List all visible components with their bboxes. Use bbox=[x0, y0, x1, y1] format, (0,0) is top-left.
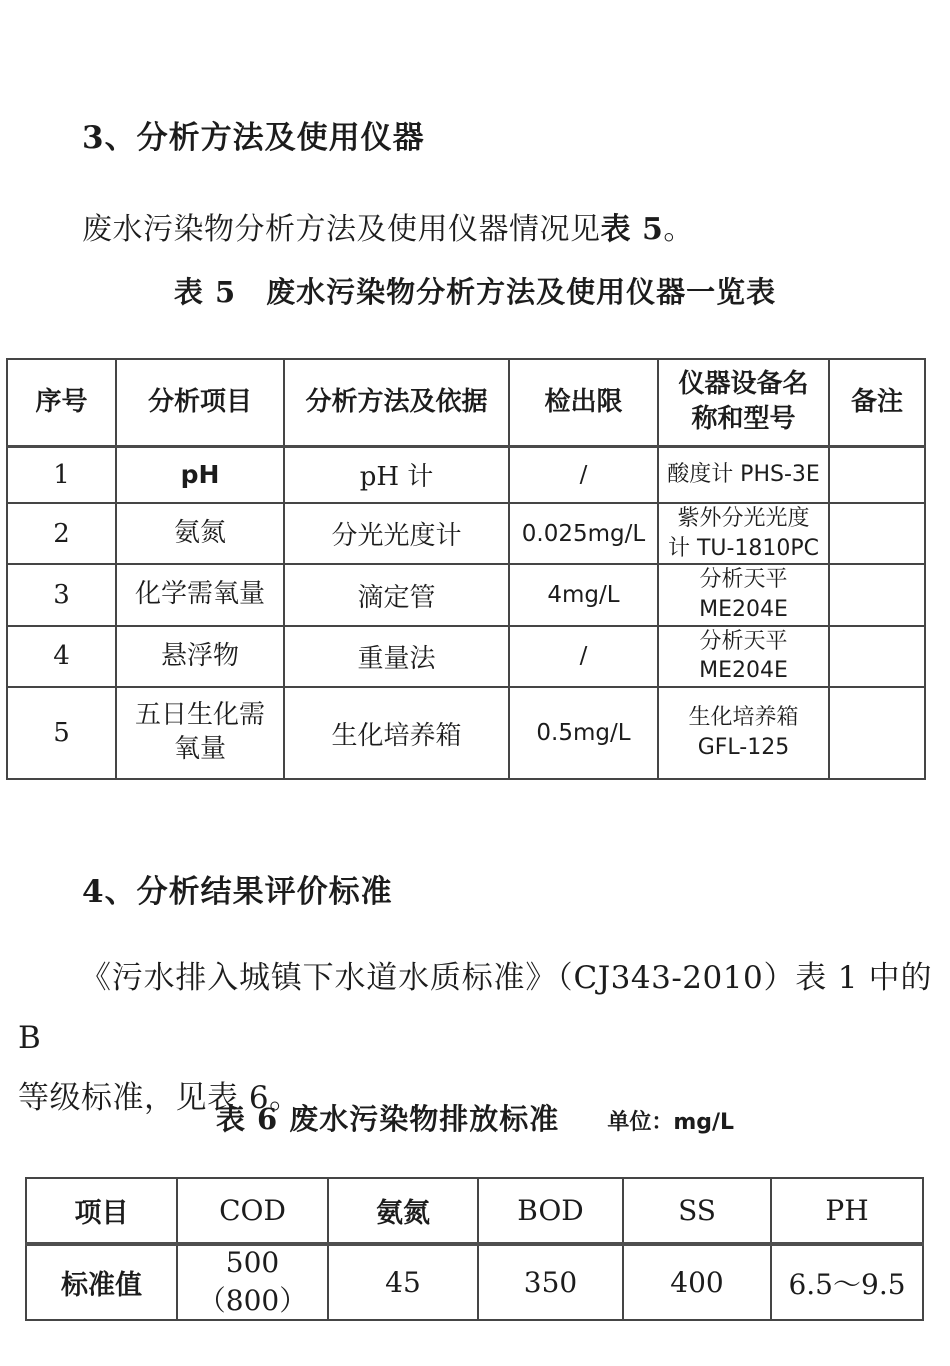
table5-cell-no: 5 bbox=[7, 687, 116, 779]
table5-cell-method: 分光光度计 bbox=[284, 503, 509, 564]
table5-cell-note bbox=[829, 687, 925, 779]
table5-cell-item: 五日生化需 氧量 bbox=[116, 687, 284, 779]
table5-header-instrument: 仪器设备名 称和型号 bbox=[658, 359, 829, 446]
table5-cell-item: 化学需氧量 bbox=[116, 564, 284, 625]
table5-cell-note bbox=[829, 446, 925, 503]
table6-value-ss: 400 bbox=[623, 1244, 771, 1320]
table5-row: 1 pH pH 计 / 酸度计 PHS-3E bbox=[7, 446, 925, 503]
table6-value-ph: 6.5～9.5 bbox=[771, 1244, 923, 1320]
table5-cell-no: 2 bbox=[7, 503, 116, 564]
table6-caption: 表 6 废水污染物排放标准单位：mg/L bbox=[0, 1097, 950, 1138]
table5-row: 5 五日生化需 氧量 生化培养箱 0.5mg/L 生化培养箱 GFL-125 bbox=[7, 687, 925, 779]
table5-header-limit: 检出限 bbox=[509, 359, 658, 446]
table6-row-label: 标准值 bbox=[26, 1244, 177, 1320]
table5-cell-no: 3 bbox=[7, 564, 116, 625]
table5-cell-instrument: 酸度计 PHS-3E bbox=[658, 446, 829, 503]
table5-cell-item: 氨氮 bbox=[116, 503, 284, 564]
table5-cell-no: 4 bbox=[7, 626, 116, 687]
table5-cell-instrument: 分析天平 ME204E bbox=[658, 564, 829, 625]
table5-cell-method: 重量法 bbox=[284, 626, 509, 687]
document-page: 3、分析方法及使用仪器 废水污染物分析方法及使用仪器情况见表 5。 表 5 废水… bbox=[0, 0, 950, 1366]
table6-value-row: 标准值 500（800） 45 350 400 6.5～9.5 bbox=[26, 1244, 923, 1320]
table6-header-item: 项目 bbox=[26, 1178, 177, 1244]
table5-cell-note bbox=[829, 503, 925, 564]
table5-cell-item: 悬浮物 bbox=[116, 626, 284, 687]
table5-cell-limit: 0.5mg/L bbox=[509, 687, 658, 779]
table6-title: 表 6 废水污染物排放标准 bbox=[216, 1102, 559, 1136]
table6-value-bod: 350 bbox=[478, 1244, 623, 1320]
table5-header-row: 序号 分析项目 分析方法及依据 检出限 仪器设备名 称和型号 备注 bbox=[7, 359, 925, 446]
table5-cell-limit: 0.025mg/L bbox=[509, 503, 658, 564]
table5-cell-item: pH bbox=[116, 446, 284, 503]
section-3-paragraph-text: 废水污染物分析方法及使用仪器情况见 bbox=[82, 212, 601, 247]
table6: 项目 COD 氨氮 BOD SS PH 标准值 500（800） 45 350 … bbox=[25, 1177, 924, 1321]
table5-cell-limit: / bbox=[509, 626, 658, 687]
table6-header-row: 项目 COD 氨氮 BOD SS PH bbox=[26, 1178, 923, 1244]
table5-header-item: 分析项目 bbox=[116, 359, 284, 446]
table6-header-ph: PH bbox=[771, 1178, 923, 1244]
table5-cell-method: 滴定管 bbox=[284, 564, 509, 625]
table5: 序号 分析项目 分析方法及依据 检出限 仪器设备名 称和型号 备注 1 pH p… bbox=[6, 358, 926, 780]
table5-row: 2 氨氮 分光光度计 0.025mg/L 紫外分光光度 计 TU-1810PC bbox=[7, 503, 925, 564]
table6-header-cod: COD bbox=[177, 1178, 328, 1244]
table5-row: 3 化学需氧量 滴定管 4mg/L 分析天平 ME204E bbox=[7, 564, 925, 625]
table5-cell-instrument: 分析天平 ME204E bbox=[658, 626, 829, 687]
table5-header-method: 分析方法及依据 bbox=[284, 359, 509, 446]
table5-cell-limit: 4mg/L bbox=[509, 564, 658, 625]
table5-header-no: 序号 bbox=[7, 359, 116, 446]
table5-cell-method: 生化培养箱 bbox=[284, 687, 509, 779]
table5-cell-note bbox=[829, 564, 925, 625]
table5-cell-method: pH 计 bbox=[284, 446, 509, 503]
table6-header-nh3n: 氨氮 bbox=[328, 1178, 478, 1244]
table6-unit-label: 单位：mg/L bbox=[607, 1110, 734, 1135]
table6-value-nh3n: 45 bbox=[328, 1244, 478, 1320]
table5-cell-instrument: 生化培养箱 GFL-125 bbox=[658, 687, 829, 779]
table5-cell-instrument: 紫外分光光度 计 TU-1810PC bbox=[658, 503, 829, 564]
table5-cell-limit: / bbox=[509, 446, 658, 503]
section-4-paragraph-line1: 《污水排入城镇下水道水质标准》（CJ343-2010）表 1 中的 B bbox=[18, 948, 932, 1068]
table6-header-ss: SS bbox=[623, 1178, 771, 1244]
table6-value-cod: 500（800） bbox=[177, 1244, 328, 1320]
table5-title: 表 5 废水污染物分析方法及使用仪器一览表 bbox=[0, 270, 950, 311]
section-3-paragraph-end: 。 bbox=[663, 212, 694, 247]
table5-header-note: 备注 bbox=[829, 359, 925, 446]
section-3-heading: 3、分析方法及使用仪器 bbox=[82, 112, 425, 157]
table5-row: 4 悬浮物 重量法 / 分析天平 ME204E bbox=[7, 626, 925, 687]
section-4-heading: 4、分析结果评价标准 bbox=[82, 866, 393, 911]
table5-reference: 表 5 bbox=[601, 212, 664, 247]
table6-header-bod: BOD bbox=[478, 1178, 623, 1244]
table5-cell-note bbox=[829, 626, 925, 687]
table5-cell-no: 1 bbox=[7, 446, 116, 503]
section-3-paragraph: 废水污染物分析方法及使用仪器情况见表 5。 bbox=[82, 204, 694, 248]
